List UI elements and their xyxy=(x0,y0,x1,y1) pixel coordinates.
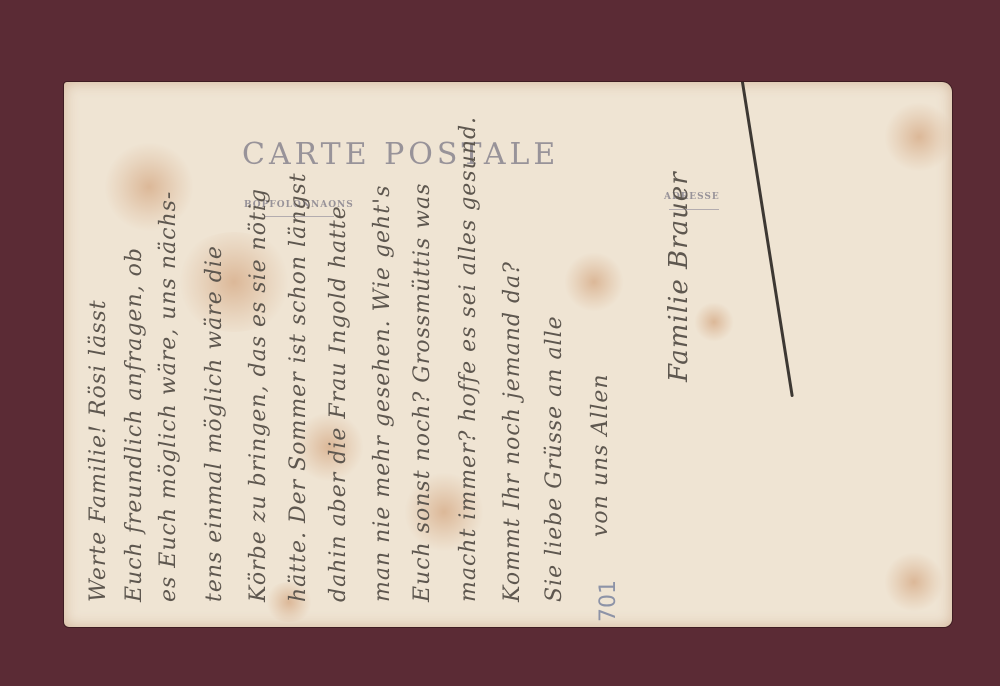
pencil-note: 701 xyxy=(596,580,621,622)
handwritten-line: Euch sonst noch? Grossmüttis was xyxy=(410,183,435,602)
handwritten-line: Sie liebe Grüsse an alle xyxy=(542,315,567,602)
handwritten-line: man nie mehr gesehen. Wie geht's xyxy=(370,185,395,602)
handwritten-line: dahin aber die Frau Ingold hatte xyxy=(326,205,351,602)
handwritten-line: macht immer? hoffe es sei alles gesund. xyxy=(456,116,481,602)
handwritten-line: es Euch möglich wäre, uns nächs- xyxy=(156,191,181,602)
age-stain xyxy=(564,252,624,312)
age-stain xyxy=(174,232,294,332)
age-stain xyxy=(884,102,952,172)
signature: Familie Brauer xyxy=(664,171,694,382)
postcard-back: CARTE POSTALE BOPFOLONNAONS ADRESSE Wert… xyxy=(64,82,952,627)
handwritten-line: Körbe zu bringen, das es sie nötig xyxy=(246,188,271,602)
age-stain xyxy=(884,552,944,612)
handwritten-line: Werte Familie! Rösi lässt xyxy=(86,299,111,602)
age-stain xyxy=(694,302,734,342)
handwritten-line: Kommt Ihr noch jemand da? xyxy=(500,261,525,602)
pen-stroke xyxy=(740,82,794,397)
printed-header: CARTE POSTALE xyxy=(242,137,559,172)
handwritten-line: hätte. Der Sommer ist schon längst xyxy=(286,172,311,602)
handwritten-line: von uns Allen xyxy=(588,373,613,537)
handwritten-line: tens einmal möglich wäre die xyxy=(202,245,227,602)
handwritten-line: Euch freundlich anfragen, ob xyxy=(122,247,147,602)
